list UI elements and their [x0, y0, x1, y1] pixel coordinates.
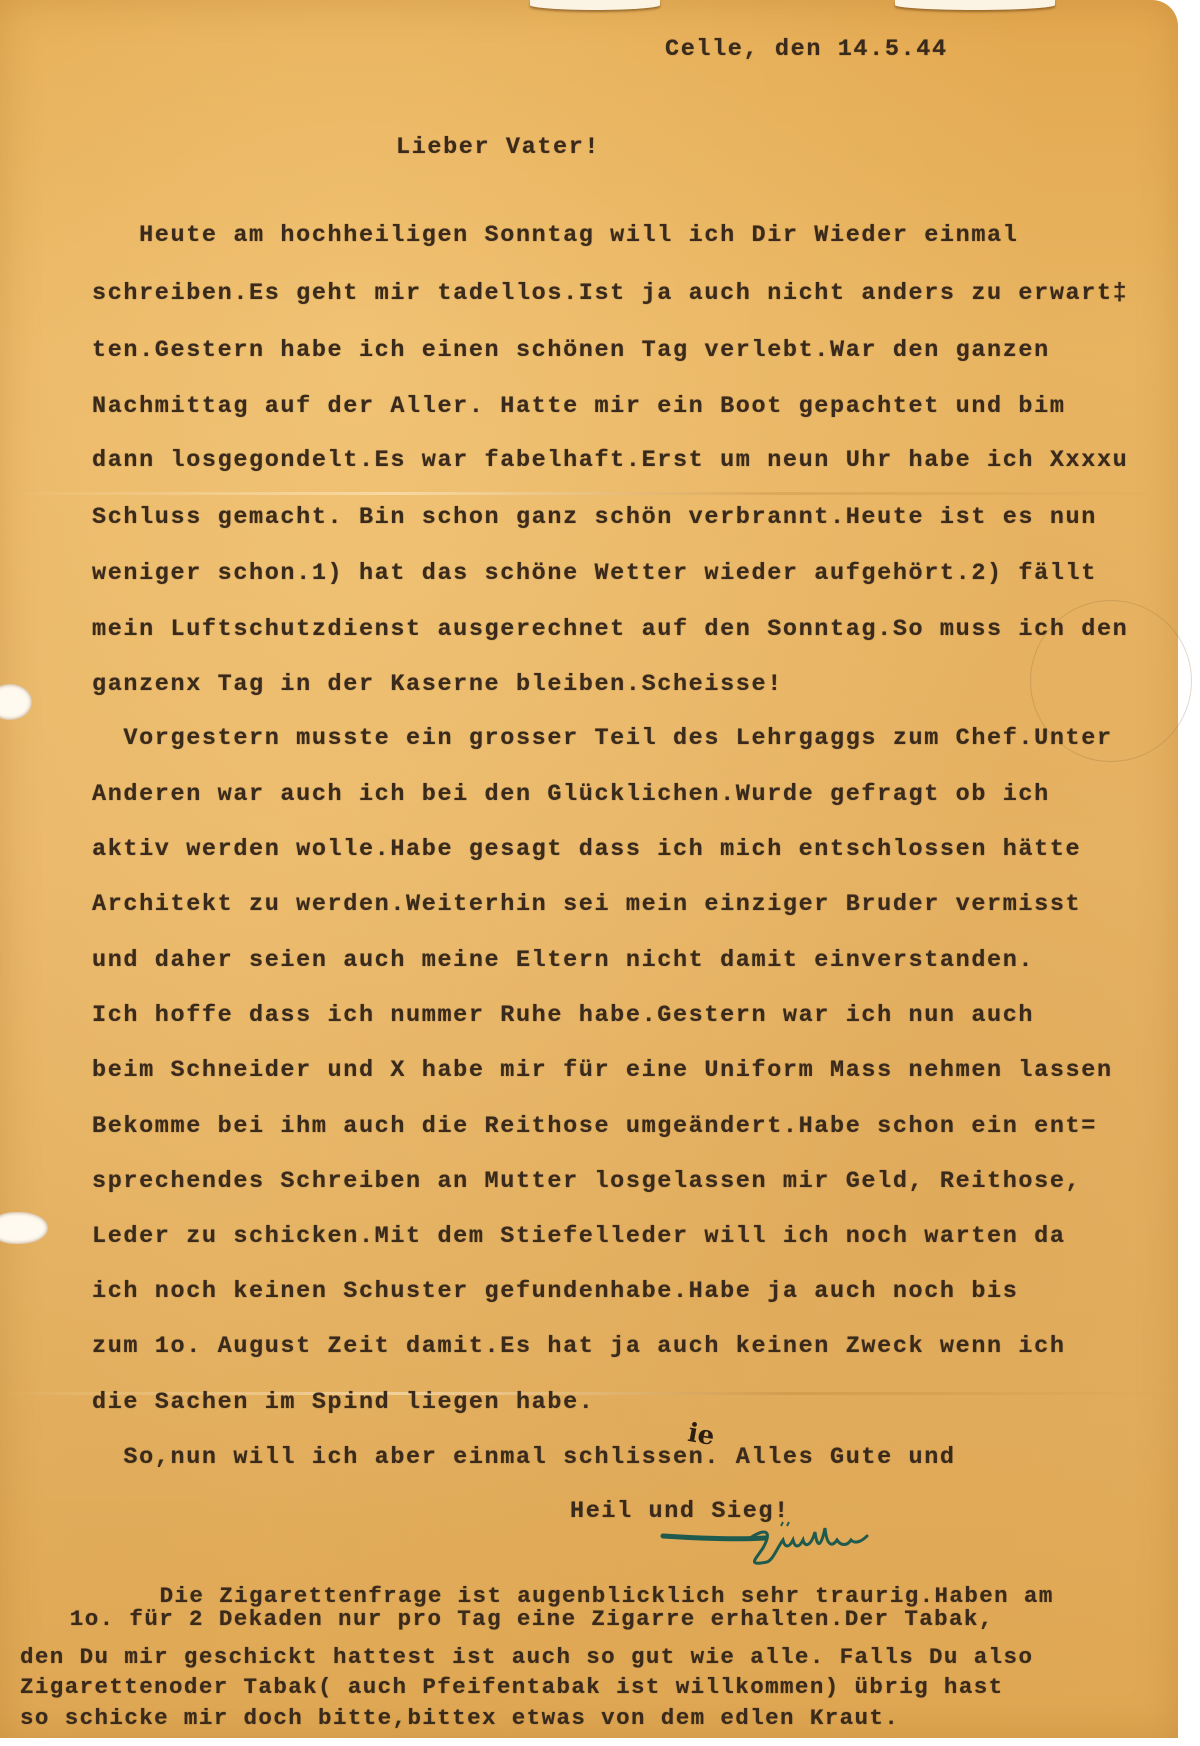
body-line: die Sachen im Spind liegen habe. — [92, 1389, 594, 1416]
postscript-line: so schicke mir doch bitte,bittex etwas v… — [20, 1705, 899, 1731]
body-line: Leder zu schicken.Mit dem Stiefelleder w… — [92, 1223, 1066, 1250]
signature — [655, 1518, 885, 1578]
body-line: zum 1o. August Zeit damit.Es hat ja auch… — [92, 1333, 1066, 1360]
body-line: aktiv werden wolle.Habe gesagt dass ich … — [92, 836, 1081, 863]
body-line: mein Luftschutzdienst ausgerechnet auf d… — [92, 616, 1128, 643]
body-line: ganzenx Tag in der Kaserne bleiben.Schei… — [92, 671, 783, 698]
body-line: beim Schneider und X habe mir für eine U… — [92, 1057, 1113, 1084]
salutation: Lieber Vater! — [396, 134, 600, 161]
body-line: sprechendes Schreiben an Mutter losgelas… — [92, 1168, 1081, 1195]
paper-tear — [895, 0, 1055, 10]
body-line: und daher seien auch meine Eltern nicht … — [92, 947, 1034, 974]
body-line: Schluss gemacht. Bin schon ganz schön ve… — [92, 504, 1097, 531]
body-line: dann losgegondelt.Es war fabelhaft.Erst … — [92, 447, 1128, 474]
body-line: schreiben.Es geht mir tadellos.Ist ja au… — [92, 280, 1128, 307]
body-line: Vorgestern musste ein grosser Teil des L… — [92, 725, 1113, 752]
body-line: Bekomme bei ihm auch die Reithose umgeän… — [92, 1113, 1097, 1140]
body-line: Architekt zu werden.Weiterhin sei mein e… — [92, 891, 1081, 918]
postscript-line: 1o. für 2 Dekaden nur pro Tag eine Zigar… — [40, 1606, 994, 1632]
body-line: Nachmittag auf der Aller. Hatte mir ein … — [92, 393, 1066, 420]
body-line: Ich hoffe dass ich nummer Ruhe habe.Gest… — [92, 1002, 1034, 1029]
body-line: So,nun will ich aber einmal schlissen. A… — [92, 1444, 956, 1471]
postscript-line: Zigarettenoder Tabak( auch Pfeifentabak … — [20, 1674, 1004, 1700]
letter-paper — [0, 0, 1178, 1738]
body-line: ten.Gestern habe ich einen schönen Tag v… — [92, 337, 1050, 364]
body-line: ich noch keinen Schuster gefundenhabe.Ha… — [92, 1278, 1018, 1305]
paper-fold — [0, 492, 1178, 495]
place-date: Celle, den 14.5.44 — [665, 36, 948, 63]
handwritten-correction: ie — [686, 1418, 717, 1452]
body-line: Heute am hochheiligen Sonntag will ich D… — [92, 222, 1018, 249]
postscript-line: den Du mir geschickt hattest ist auch so… — [20, 1644, 1033, 1670]
body-line: weniger schon.1) hat das schöne Wetter w… — [92, 560, 1097, 587]
paper-tear — [530, 0, 660, 10]
body-line: Anderen war auch ich bei den Glücklichen… — [92, 781, 1050, 808]
